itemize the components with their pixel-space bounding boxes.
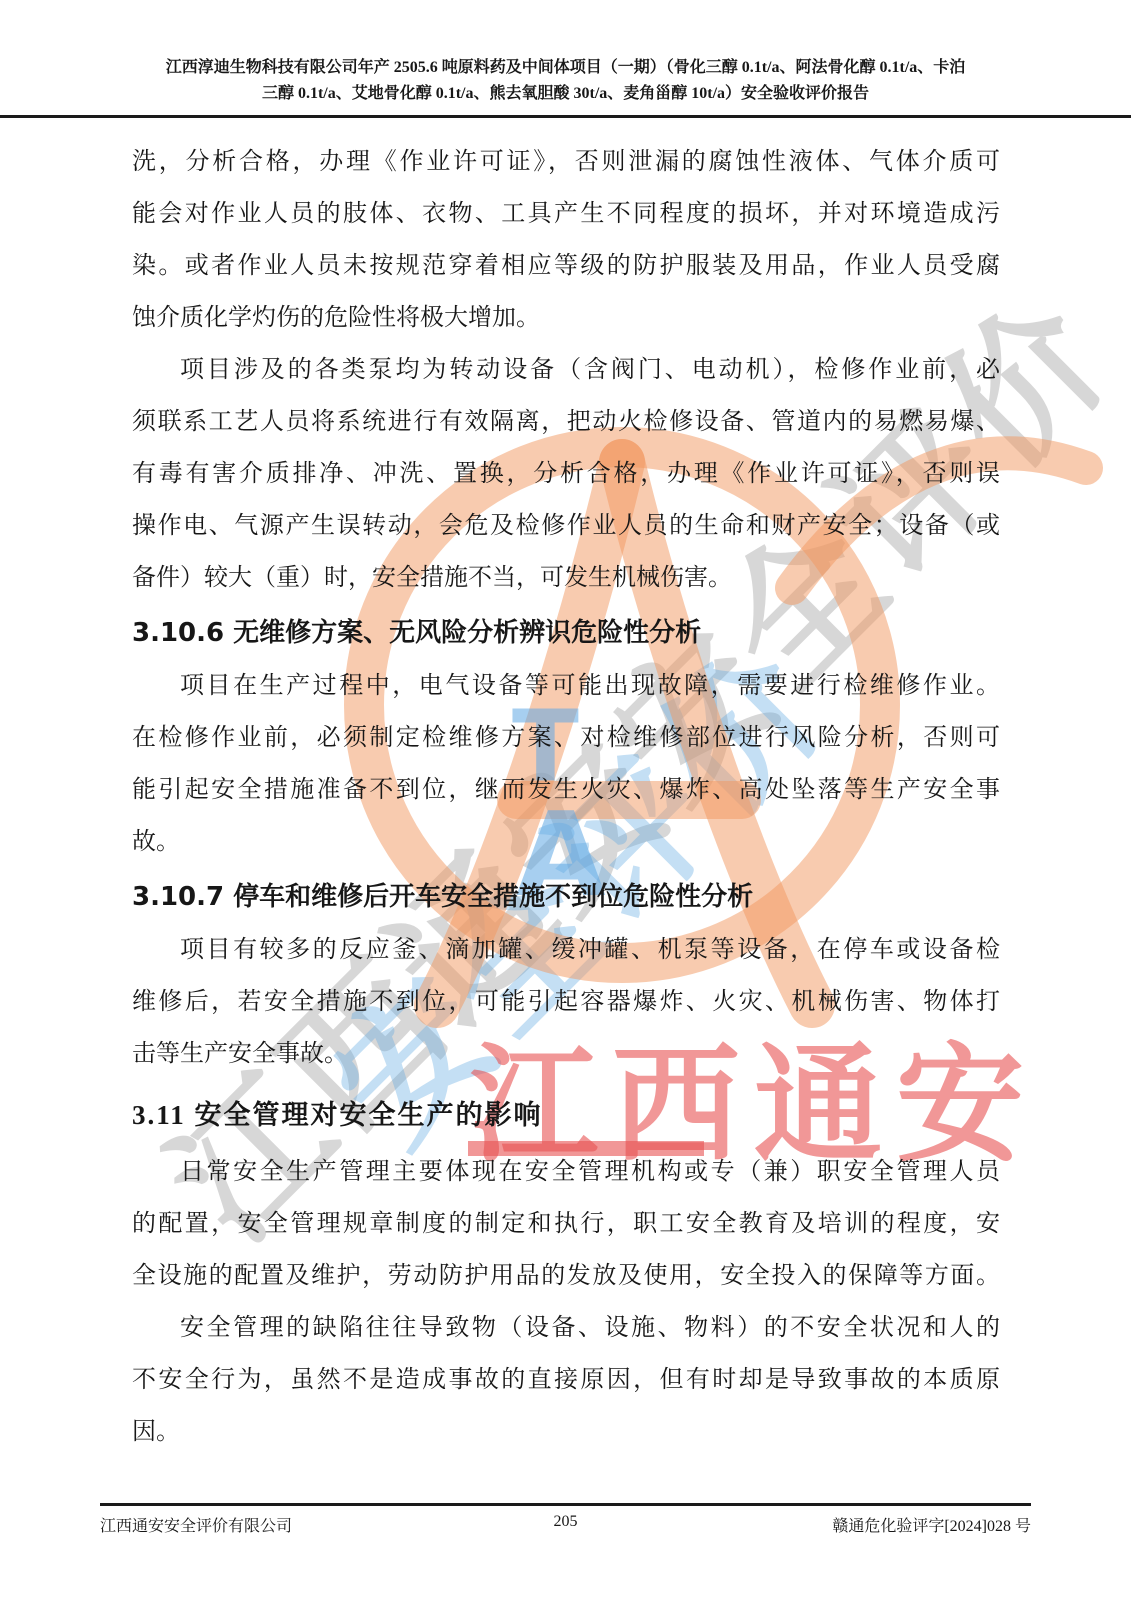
body-line: 击等生产安全事故。 — [132, 1028, 1000, 1080]
section-heading-3-10-7: 3.10.7 停车和维修后开车安全措施不到位危险性分析 — [132, 872, 1000, 922]
body-line: 染。或者作业人员未按规范穿着相应等级的防护服装及用品，作业人员受腐 — [132, 240, 1000, 292]
section-heading-3-10-6: 3.10.6 无维修方案、无风险分析辨识危险性分析 — [132, 608, 1000, 658]
body-line: 项目有较多的反应釜、滴加罐、缓冲罐、机泵等设备，在停车或设备检 — [132, 924, 1000, 976]
section-heading-3-11: 3.11 安全管理对安全生产的影响 — [132, 1090, 1000, 1140]
body-line: 蚀介质化学灼伤的危险性将极大增加。 — [132, 292, 1000, 344]
page-header: 江西淳迪生物科技有限公司年产 2505.6 吨原料药及中间体项目（一期）（骨化三… — [0, 0, 1131, 118]
body-text: 洗，分析合格，办理《作业许可证》，否则泄漏的腐蚀性液体、气体介质可 能会对作业人… — [0, 118, 1131, 1458]
page-footer: 江西通安安全评价有限公司 205 赣通危化验评字[2024]028 号 — [100, 1503, 1031, 1536]
body-line: 能引起安全措施准备不到位，继而发生火灾、爆炸、高处坠落等生产安全事 — [132, 764, 1000, 816]
body-line: 全设施的配置及维护，劳动防护用品的发放及使用，安全投入的保障等方面。 — [132, 1250, 1000, 1302]
document-page: 江西通安安全评价 安全评价 T A 江西通安 江西淳迪生物科技有限公司年产 25… — [0, 0, 1131, 1600]
body-line: 在检修作业前，必须制定检维修方案、对检维修部位进行风险分析，否则可 — [132, 712, 1000, 764]
page-number: 205 — [100, 1513, 1031, 1531]
body-line: 不安全行为，虽然不是造成事故的直接原因，但有时却是导致事故的本质原 — [132, 1354, 1000, 1406]
body-line: 备件）较大（重）时，安全措施不当，可发生机械伤害。 — [132, 552, 1000, 604]
page-content: 江西淳迪生物科技有限公司年产 2505.6 吨原料药及中间体项目（一期）（骨化三… — [0, 0, 1131, 1458]
body-line: 能会对作业人员的肢体、衣物、工具产生不同程度的损坏，并对环境造成污 — [132, 188, 1000, 240]
header-line-2: 三醇 0.1t/a、艾地骨化醇 0.1t/a、熊去氧胆酸 30t/a、麦角甾醇 … — [100, 81, 1031, 107]
body-line: 因。 — [132, 1406, 1000, 1458]
body-line: 日常安全生产管理主要体现在安全管理机构或专（兼）职安全管理人员 — [132, 1146, 1000, 1198]
body-line: 故。 — [132, 816, 1000, 868]
body-line: 操作电、气源产生误转动，会危及检修作业人员的生命和财产安全；设备（或 — [132, 500, 1000, 552]
body-line: 项目在生产过程中，电气设备等可能出现故障，需要进行检维修作业。 — [132, 660, 1000, 712]
header-line-1: 江西淳迪生物科技有限公司年产 2505.6 吨原料药及中间体项目（一期）（骨化三… — [100, 55, 1031, 81]
body-line: 维修后，若安全措施不到位，可能引起容器爆炸、火灾、机械伤害、物体打 — [132, 976, 1000, 1028]
body-line: 有毒有害介质排净、冲洗、置换，分析合格，办理《作业许可证》，否则误 — [132, 448, 1000, 500]
body-line: 洗，分析合格，办理《作业许可证》，否则泄漏的腐蚀性液体、气体介质可 — [132, 136, 1000, 188]
body-line: 的配置，安全管理规章制度的制定和执行，职工安全教育及培训的程度，安 — [132, 1198, 1000, 1250]
body-line: 安全管理的缺陷往往导致物（设备、设施、物料）的不安全状况和人的 — [132, 1302, 1000, 1354]
body-line: 须联系工艺人员将系统进行有效隔离，把动火检修设备、管道内的易燃易爆、 — [132, 396, 1000, 448]
body-line: 项目涉及的各类泵均为转动设备（含阀门、电动机），检修作业前，必 — [132, 344, 1000, 396]
